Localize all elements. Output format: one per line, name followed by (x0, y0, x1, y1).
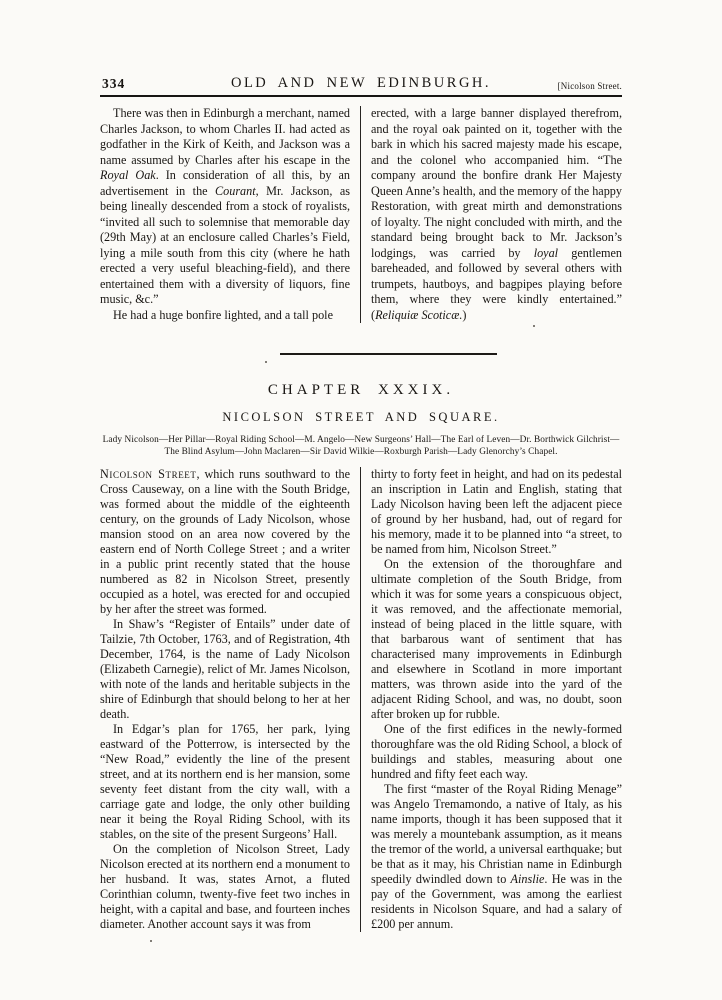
chapter-syllabus: Lady Nicolson—Her Pillar—Royal Riding Sc… (100, 435, 622, 458)
top-left-column: There was then in Edinburgh a merchant, … (100, 106, 360, 323)
paragraph: The first “master of the Royal Riding Me… (371, 782, 622, 932)
paragraph: In Shaw’s “Register of Entails” under da… (100, 617, 350, 722)
paragraph: thirty to forty feet in height, and had … (371, 467, 622, 557)
scan-speck (265, 361, 267, 363)
top-text-section: There was then in Edinburgh a merchant, … (100, 106, 622, 323)
paragraph: One of the first edifices in the newly-f… (371, 722, 622, 782)
paragraph: erected, with a large banner displayed t… (371, 106, 622, 323)
page-content: 334 OLD AND NEW EDINBURGH. [Nicolson Str… (100, 0, 622, 932)
main-text-section: Nicolson Street, which runs southward to… (100, 467, 622, 932)
page-header: 334 OLD AND NEW EDINBURGH. [Nicolson Str… (100, 75, 622, 92)
main-left-column: Nicolson Street, which runs southward to… (100, 467, 360, 932)
paragraph: There was then in Edinburgh a merchant, … (100, 106, 350, 308)
paragraph: On the extension of the thoroughfare and… (371, 557, 622, 722)
paragraph: In Edgar’s plan for 1765, her park, lyin… (100, 722, 350, 842)
paragraph: Nicolson Street, which runs southward to… (100, 467, 350, 617)
main-right-column: thirty to forty feet in height, and had … (360, 467, 622, 932)
scan-speck (533, 325, 535, 327)
header-rule (100, 95, 622, 97)
paragraph: On the completion of Nicolson Street, La… (100, 842, 350, 932)
book-page: 334 OLD AND NEW EDINBURGH. [Nicolson Str… (0, 0, 722, 1000)
page-number: 334 (102, 76, 125, 92)
running-note: [Nicolson Street. (558, 81, 622, 91)
chapter-subheading: NICOLSON STREET AND SQUARE. (100, 410, 622, 425)
section-divider-rule (280, 353, 497, 355)
chapter-heading: CHAPTER XXXIX. (100, 382, 622, 399)
scan-speck (150, 940, 152, 942)
running-title: OLD AND NEW EDINBURGH. (100, 75, 622, 92)
paragraph: He had a huge bonfire lighted, and a tal… (100, 308, 350, 324)
top-right-column: erected, with a large banner displayed t… (360, 106, 622, 323)
